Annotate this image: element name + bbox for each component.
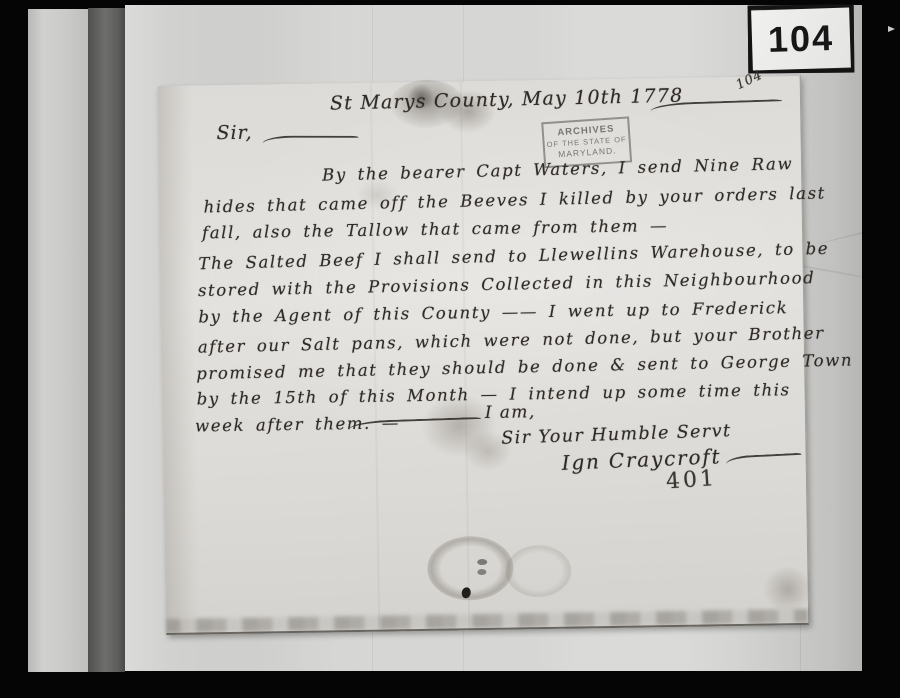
paper-crease	[817, 203, 900, 245]
stacked-page-edge-dark	[88, 8, 125, 672]
stacked-page-edge-light	[28, 9, 88, 672]
film-edge-speck	[888, 26, 895, 32]
page-number-card: 104	[748, 4, 855, 73]
letter-body-line: promised me that they should be done & s…	[196, 350, 853, 383]
letter-body-line: stored with the Provisions Collected in …	[198, 268, 816, 300]
letter-salutation: Sir,	[216, 122, 252, 145]
inventory-number-annotation: 401	[665, 466, 718, 494]
letter-body-line: The Salted Beef I shall send to Llewelli…	[198, 239, 829, 273]
letter-body-line: fall, also the Tallow that came from the…	[202, 216, 668, 242]
ring-stain	[505, 545, 572, 598]
letter-document: 104 St Marys County, May 10th 1778 ARCHI…	[158, 76, 810, 635]
microfilm-scan-frame: 104 104 St Marys County, May 10th 1778 A…	[0, 0, 900, 698]
pen-flourish	[726, 453, 802, 465]
letter-body-line: by the Agent of this County —— I went up…	[198, 298, 788, 326]
letter-closing: I am,	[485, 402, 536, 423]
page-number-card-face: 104	[751, 7, 851, 70]
page-number-label: 104	[767, 17, 834, 61]
pen-flourish	[263, 136, 359, 144]
letter-dateline: St Marys County, May 10th 1778	[330, 85, 684, 115]
letter-body-line: after our Salt pans, which were not done…	[198, 323, 825, 356]
corner-stain	[763, 566, 812, 613]
letter-body-line: hides that came off the Beeves I killed …	[203, 183, 826, 216]
